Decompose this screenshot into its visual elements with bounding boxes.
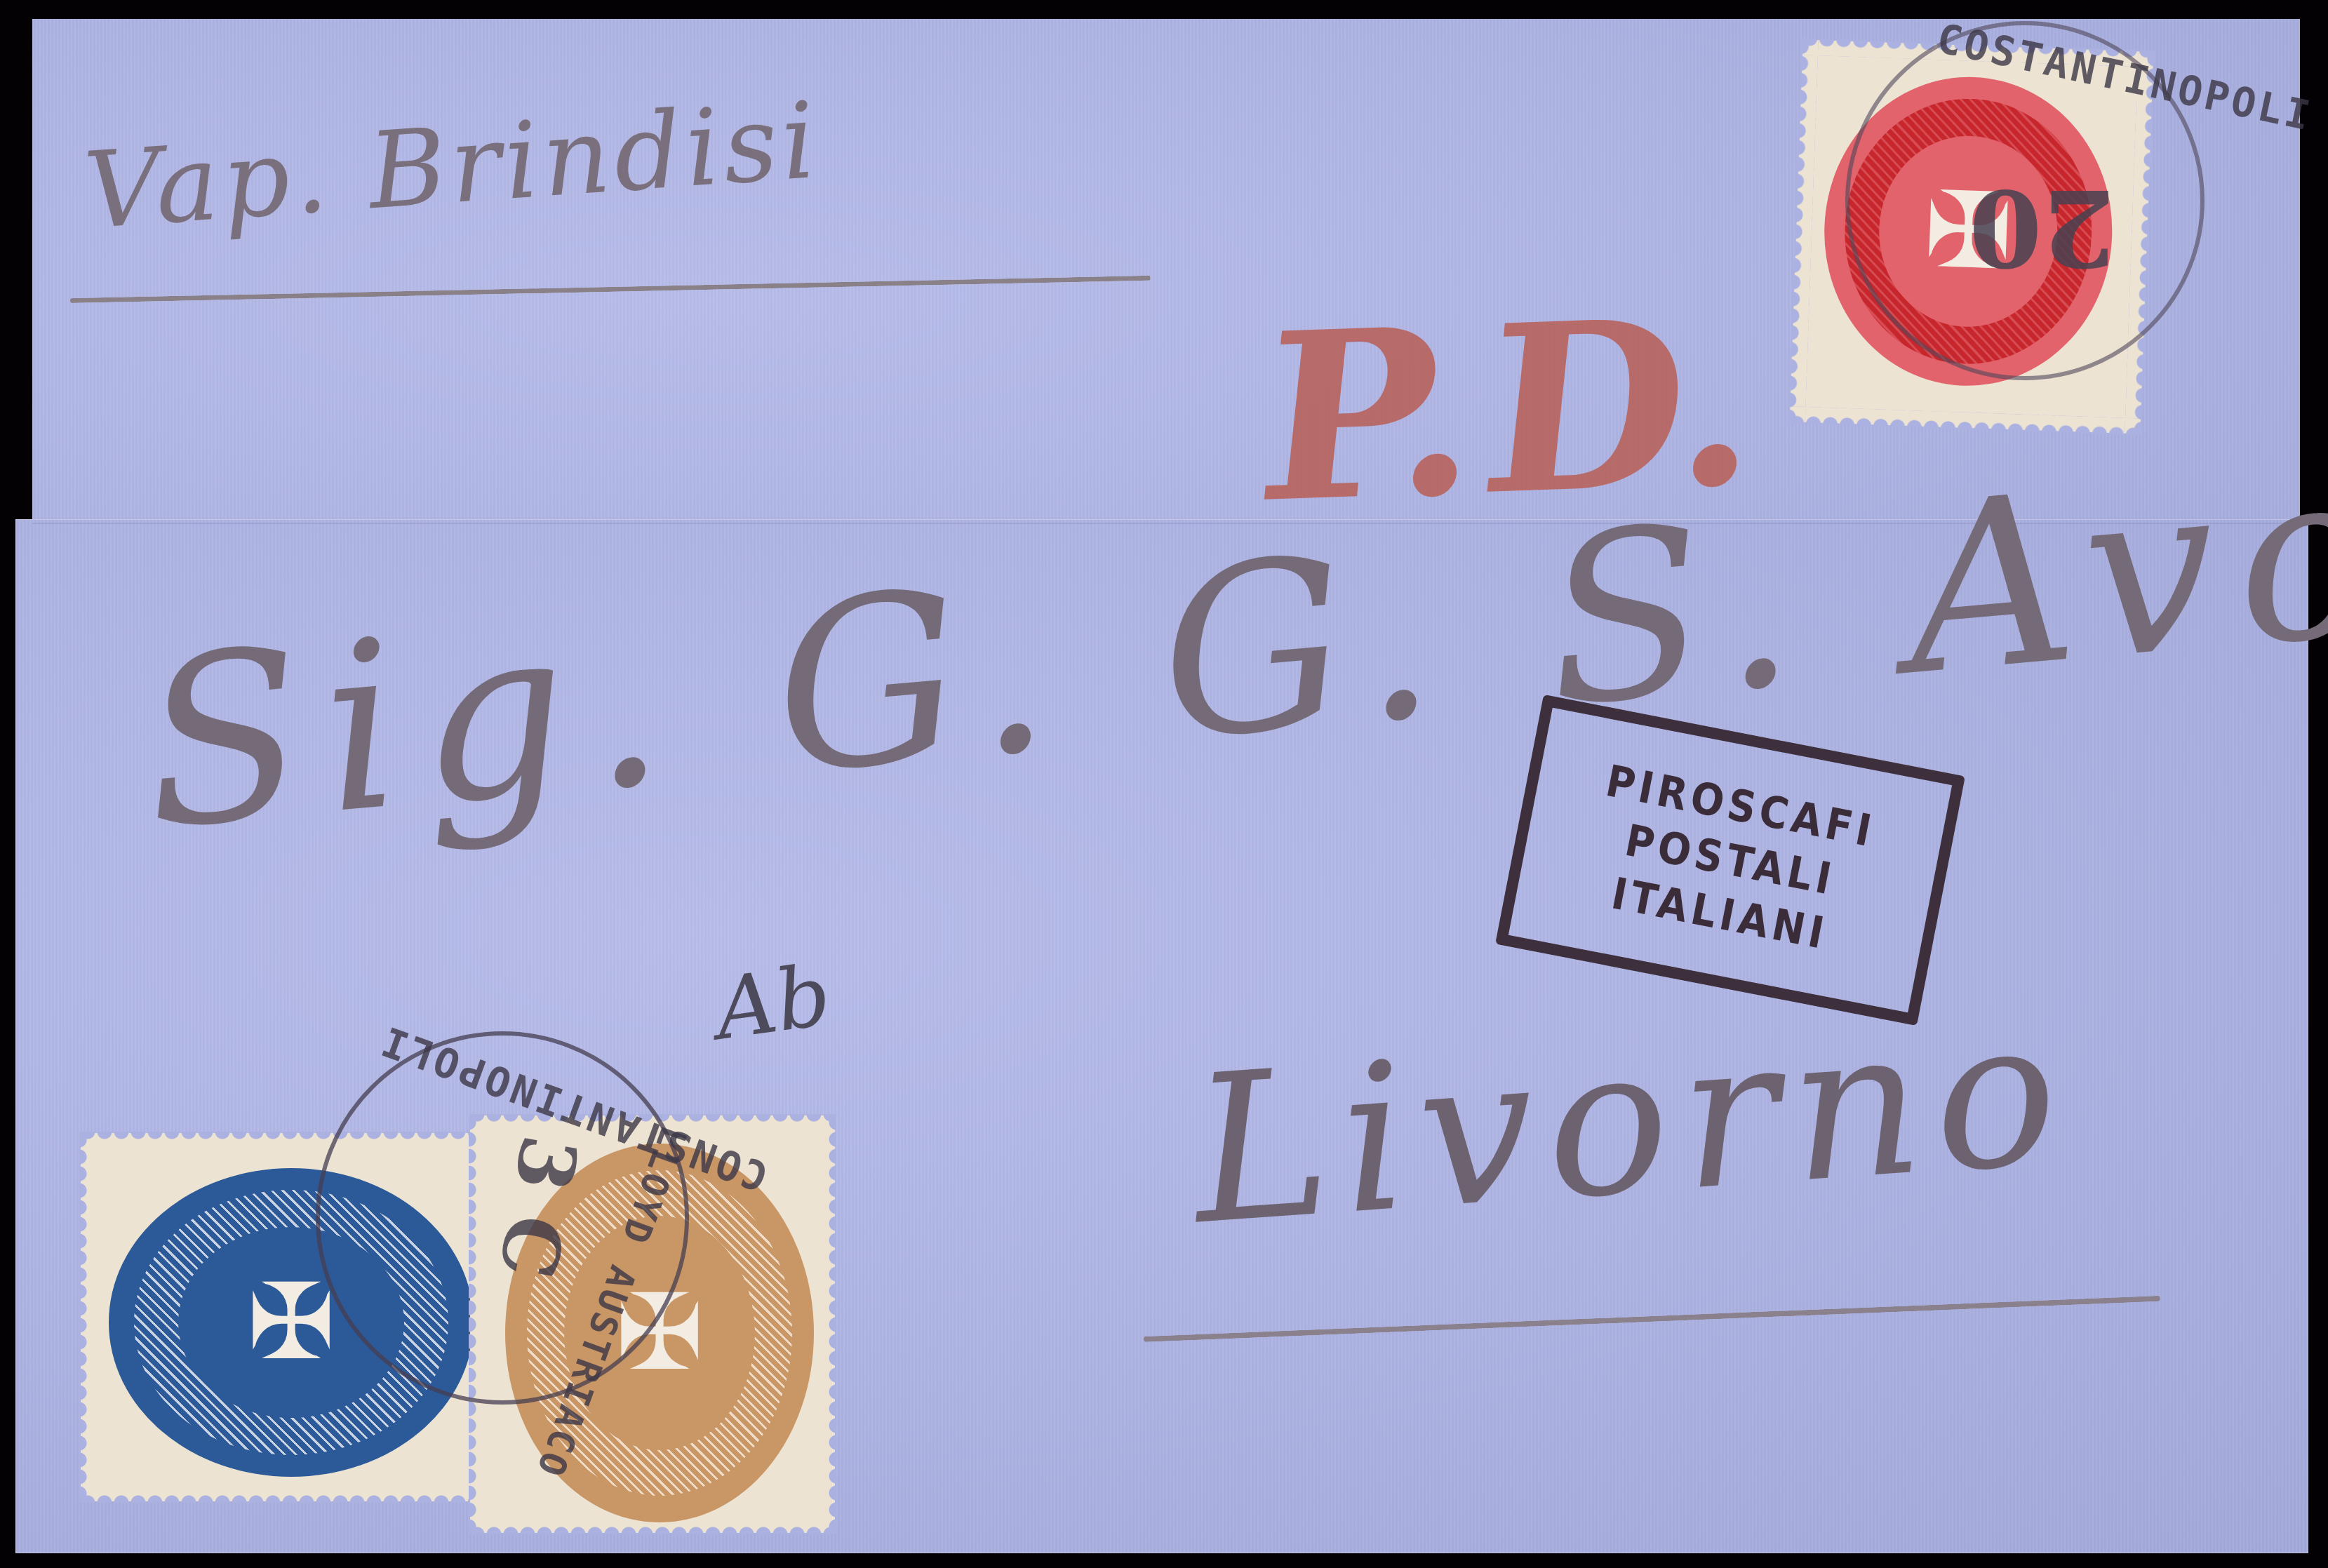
postmark-constantinopoli: CONSTANTINOPOLI 3 C LLOYD AUSTRIACO: [316, 1031, 689, 1405]
postmark-date: 20: [1969, 166, 2115, 289]
photo-background: Vap. Brindisi P.D. Sig. G. G. S. Avoli A…: [0, 0, 2328, 1568]
postmark-date: 3 C: [481, 1130, 595, 1285]
eagle-icon: ✠: [247, 1270, 335, 1375]
pencil-mark: Ab: [709, 946, 836, 1059]
postmark-top: COSTANTINOPOLI 20: [1845, 21, 2205, 380]
